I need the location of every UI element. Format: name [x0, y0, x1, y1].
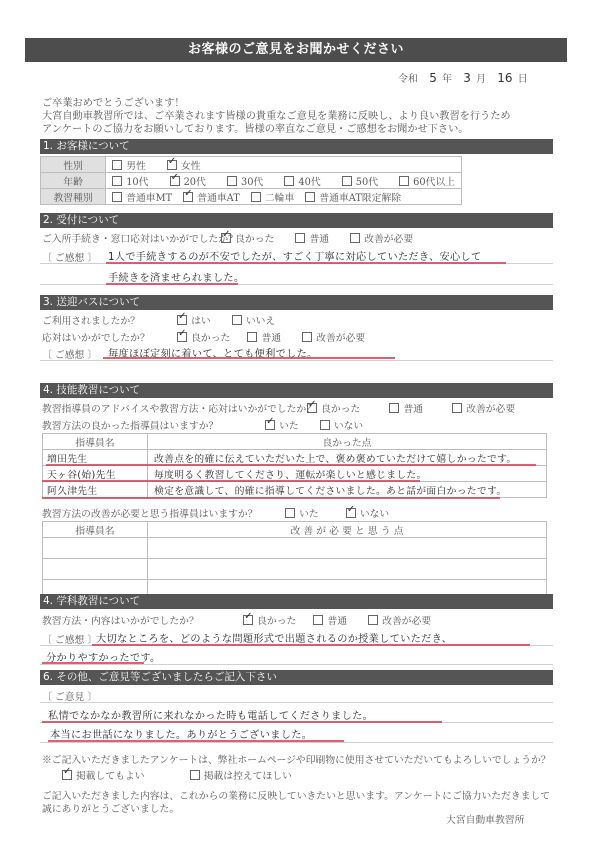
column-header-good-points: 良かった点	[148, 434, 547, 450]
bus-use-row: ご利用されましたか？ はい いいえ	[42, 313, 293, 327]
good-instructor-row: 教習方法の良かった指導員はいますか？ いた いない	[42, 418, 381, 432]
checkbox-checked-icon	[177, 315, 187, 325]
intro-text: ご卒業おめでとうございます！ 大宮自動車教習所では、ご卒業されます皆様の貴重なご…	[42, 97, 511, 136]
course-label: 教習種別	[41, 189, 106, 205]
checkbox-icon	[112, 176, 122, 186]
comment-rule	[40, 702, 553, 703]
improve-instructor-no-checkbox[interactable]: いない	[346, 506, 389, 520]
age-30s-checkbox[interactable]: 30代	[227, 174, 263, 188]
customer-info-table: 性別 男性 女性 年齢 10代 20代 30代 40代 50代 60代以上 教習…	[40, 156, 462, 205]
instructor-name-cell[interactable]	[43, 559, 148, 580]
gender-male-checkbox[interactable]: 男性	[112, 158, 146, 172]
date-day[interactable]: 16	[497, 71, 512, 85]
consent-allow-checkbox[interactable]: 掲載してもよい	[62, 768, 145, 782]
red-underline	[92, 644, 530, 646]
date-era: 令和	[398, 74, 418, 85]
improve-instructor-row: 教習方法の改善が必要と思う指導員はいますか？ いた いない	[42, 506, 407, 520]
bus-normal-checkbox[interactable]: 普通	[247, 330, 281, 344]
checkbox-checked-icon	[243, 615, 253, 625]
bus-use-no-checkbox[interactable]: いいえ	[232, 313, 275, 327]
date-year-unit: 年	[442, 74, 452, 85]
checkbox-checked-icon	[177, 332, 187, 342]
date-month[interactable]: 3	[463, 71, 471, 85]
bus-use-yes-checkbox[interactable]: はい	[177, 313, 211, 327]
course-at-release-checkbox[interactable]: 普通車AT限定解除	[305, 190, 401, 204]
improve-instructor-yes-checkbox[interactable]: いた	[285, 506, 319, 520]
opinion-line-1[interactable]: 私情でなかなか教習所に来れなかった時も電話してくださりました。	[48, 707, 373, 722]
consent-question: ※ご記入いただきましたアンケートは、弊社ホームページや印刷物に使用させていただい…	[42, 754, 551, 767]
classroom-improve-checkbox[interactable]: 改善が必要	[368, 613, 431, 627]
section-1-header: 1. お客様について	[40, 139, 553, 154]
red-underline	[106, 283, 238, 285]
column-header-instructor: 指導員名	[43, 434, 148, 450]
checkbox-icon	[190, 770, 200, 780]
good-point[interactable]: 検定を意識して、的確に指導してくださいました。あと話が面白かったです。	[148, 482, 547, 498]
gender-row: 性別 男性 女性	[41, 157, 462, 173]
course-options: 普通車MT 普通車AT 二輪車 普通車AT限定解除	[106, 189, 462, 205]
checkbox-icon	[368, 615, 378, 625]
age-options: 10代 20代 30代 40代 50代 60代以上	[106, 173, 462, 189]
checkbox-icon	[112, 160, 122, 170]
opinion-comment-label: 〔 ご意見 〕	[42, 689, 97, 703]
checkbox-checked-icon	[221, 233, 231, 243]
good-instructor-yes-checkbox[interactable]: いた	[265, 418, 299, 432]
consent-options: 掲載してもよい 掲載は控えてほしい	[62, 768, 310, 782]
instructor-name-cell[interactable]	[43, 538, 148, 559]
date: 令和 5 年 3 月 16 日	[398, 70, 534, 85]
table-row: 阿久津先生 検定を意識して、的確に指導してくださいました。あと話が面白かったです…	[43, 482, 547, 498]
checkbox-checked-icon	[62, 770, 72, 780]
checkbox-icon	[305, 192, 315, 202]
classroom-comment-label: 〔 ご感想 〕	[42, 632, 97, 646]
checkbox-checked-icon	[183, 192, 193, 202]
checkbox-icon	[389, 403, 399, 413]
table-row	[43, 559, 547, 580]
closing-line: ご記入いただきました内容は、これからの業務に反映していきたいと思います。アンケー…	[42, 790, 550, 803]
age-50s-checkbox[interactable]: 50代	[342, 174, 378, 188]
classroom-question: 教習方法・内容はいかがでしたか？	[42, 613, 240, 627]
instructor-good-checkbox[interactable]: 良かった	[307, 401, 360, 415]
red-underline	[103, 357, 395, 359]
improve-point-cell[interactable]	[148, 559, 547, 580]
table-header-row: 指導員名 改 善 が 必 要 と 思 う 点	[43, 522, 547, 538]
bus-good-checkbox[interactable]: 良かった	[177, 330, 230, 344]
intro-line: ご卒業おめでとうございます！	[42, 97, 511, 110]
table-row	[43, 538, 547, 559]
instructor-eval-row: 教習指導員のアドバイスや教習方法・応対はいかがでしたか？ 良かった 普通 改善が…	[42, 401, 533, 415]
course-row: 教習種別 普通車MT 普通車AT 二輪車 普通車AT限定解除	[41, 189, 462, 205]
red-underline	[106, 262, 506, 264]
bus-improve-checkbox[interactable]: 改善が必要	[302, 330, 365, 344]
checkbox-icon	[295, 233, 305, 243]
gender-female-checkbox[interactable]: 女性	[167, 158, 201, 172]
age-40s-checkbox[interactable]: 40代	[284, 174, 320, 188]
closing-text: ご記入いただきました内容は、これからの業務に反映していきたいと思います。アンケー…	[42, 790, 550, 816]
checkbox-icon	[320, 420, 330, 430]
classroom-good-checkbox[interactable]: 良かった	[243, 613, 296, 627]
opinion-line-2[interactable]: 本当にお世話になりました。ありがとうございました。	[50, 726, 312, 741]
red-underline	[42, 497, 500, 499]
age-label: 年齢	[41, 173, 106, 189]
instructor-name[interactable]: 阿久津先生	[43, 482, 148, 498]
checkbox-icon	[313, 615, 323, 625]
table-header-row: 指導員名 良かった点	[43, 434, 547, 450]
improve-point-cell[interactable]	[148, 538, 547, 559]
bus-service-row: 応対はいかがでしたか？ 良かった 普通 改善が必要	[42, 330, 383, 344]
checkbox-icon	[302, 332, 312, 342]
checkbox-checked-icon	[170, 176, 180, 186]
date-day-unit: 日	[518, 74, 528, 85]
column-header-improve-points: 改 善 が 必 要 と 思 う 点	[148, 522, 547, 538]
course-moto-checkbox[interactable]: 二輪車	[251, 190, 294, 204]
course-at-checkbox[interactable]: 普通車AT	[183, 190, 239, 204]
checkbox-icon	[350, 233, 360, 243]
consent-decline-checkbox[interactable]: 掲載は控えてほしい	[190, 768, 292, 782]
red-underline	[48, 740, 344, 742]
section-2-header: 2. 受付について	[40, 213, 553, 228]
age-60s-checkbox[interactable]: 60代以上	[399, 174, 455, 188]
section-6-header: 6. その他、ご意見等ございましたらご記入下さい	[40, 670, 553, 685]
good-instructor-question: 教習方法の良かった指導員はいますか？	[42, 418, 262, 432]
bus-comment-label: 〔 ご感想 〕	[42, 347, 97, 361]
checkbox-icon	[399, 176, 409, 186]
reception-comment-line-2[interactable]: 手続きを済ませられました。	[108, 269, 244, 284]
improve-instructor-table: 指導員名 改 善 が 必 要 と 思 う 点	[42, 521, 547, 601]
classroom-question-row: 教習方法・内容はいかがでしたか？ 良かった 普通 改善が必要	[42, 613, 449, 627]
bus-service-question: 応対はいかがでしたか？	[42, 330, 174, 344]
red-underline	[46, 464, 536, 466]
section-3-header: 3. 送迎バスについて	[40, 295, 553, 310]
course-mt-checkbox[interactable]: 普通車MT	[112, 190, 172, 204]
classroom-comment-line-1[interactable]: 大切なところを、どのような問題形式で出題されるのか授業していただき、	[96, 630, 452, 645]
reception-comment-line-1[interactable]: 1人で手続きするのが不安でしたが、すごく丁寧に対応していただき、安心して	[108, 248, 481, 263]
classroom-normal-checkbox[interactable]: 普通	[313, 613, 347, 627]
comment-rule	[40, 360, 553, 361]
intro-line: アンケートのご協力をお願いしております。皆様の率直なご意見・ご感想をお聞かせ下さ…	[42, 123, 511, 136]
checkbox-icon	[112, 192, 122, 202]
instructor-normal-checkbox[interactable]: 普通	[389, 401, 423, 415]
gender-options: 男性 女性	[106, 157, 462, 173]
section-5-header: 4. 学科教習について	[40, 594, 553, 609]
reception-question: ご入所手続き・窓口応対はいかがでしたか？	[42, 231, 218, 245]
good-instructor-no-checkbox[interactable]: いない	[320, 418, 363, 432]
checkbox-checked-icon	[307, 403, 317, 413]
gender-label: 性別	[41, 157, 106, 173]
checkbox-checked-icon	[265, 420, 275, 430]
checkbox-icon	[232, 315, 242, 325]
reception-normal-checkbox[interactable]: 普通	[295, 231, 329, 245]
checkbox-icon	[227, 176, 237, 186]
reception-good-checkbox[interactable]: 良かった	[221, 231, 274, 245]
instructor-improve-checkbox[interactable]: 改善が必要	[452, 401, 515, 415]
form-title: お客様のご意見をお聞かせください	[25, 38, 567, 62]
checkbox-checked-icon	[167, 160, 177, 170]
checkbox-checked-icon	[346, 508, 356, 518]
age-20s-checkbox[interactable]: 20代	[170, 174, 206, 188]
date-year[interactable]: 5	[429, 71, 437, 85]
checkbox-icon	[251, 192, 261, 202]
red-underline	[42, 721, 442, 723]
date-month-unit: 月	[476, 74, 486, 85]
instructor-eval-question: 教習指導員のアドバイスや教習方法・応対はいかがでしたか？	[42, 401, 304, 415]
checkbox-icon	[452, 403, 462, 413]
age-row: 年齢 10代 20代 30代 40代 50代 60代以上	[41, 173, 462, 189]
reception-comment-label: 〔 ご感想 〕	[42, 250, 97, 264]
red-underline	[42, 662, 144, 664]
checkbox-icon	[285, 508, 295, 518]
checkbox-icon	[284, 176, 294, 186]
bus-use-question: ご利用されましたか？	[42, 313, 174, 327]
checkbox-icon	[247, 332, 257, 342]
column-header-instructor: 指導員名	[43, 522, 148, 538]
reception-improve-checkbox[interactable]: 改善が必要	[350, 231, 413, 245]
comment-rule	[40, 742, 553, 743]
checkbox-icon	[342, 176, 352, 186]
section-4-header: 4. 技能教習について	[40, 383, 553, 398]
reception-question-row: ご入所手続き・窓口応対はいかがでしたか？ 良かった 普通 改善が必要	[42, 231, 431, 245]
signature: 大宮自動車教習所	[446, 814, 524, 827]
improve-instructor-question: 教習方法の改善が必要と思う指導員はいますか？	[42, 506, 282, 520]
red-underline	[42, 480, 420, 482]
comment-rule	[40, 664, 553, 665]
age-10s-checkbox[interactable]: 10代	[112, 174, 148, 188]
intro-line: 大宮自動車教習所では、ご卒業されます皆様の貴重なご意見を業務に反映し、より良い教…	[42, 110, 511, 123]
